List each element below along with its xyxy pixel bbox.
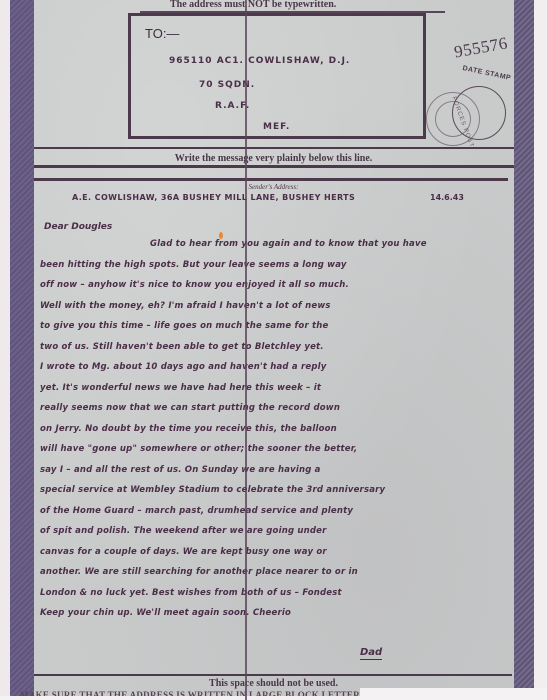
divider-rule	[34, 178, 508, 181]
letter-line: special service at Wembley Stadium to ce…	[40, 480, 510, 501]
recipient-line-force: MEF.	[263, 122, 290, 132]
signature: Dad	[360, 647, 382, 660]
letter-body: Glad to hear from you again and to know …	[40, 234, 510, 624]
letter-line: Well with the money, eh? I'm afraid I ha…	[40, 296, 510, 317]
letter-line: to give you this time – life goes on muc…	[40, 316, 510, 337]
divider-rule	[34, 165, 514, 168]
date-stamp-label: DATE STAMP	[462, 65, 512, 82]
recipient-address-box: TO:— 965110 AC1. COWLISHAW, D.J. 70 SQDN…	[128, 13, 426, 139]
hatched-border-right	[514, 0, 534, 700]
fold-line	[245, 0, 247, 700]
letter-line: on Jerry. No doubt by the time you recei…	[40, 419, 510, 440]
letter-line: of the Home Guard – march past, drumhead…	[40, 501, 510, 522]
salutation: Dear Dougles	[44, 222, 112, 232]
sender-address: A.E. COWLISHAW, 36A BUSHEY MILL LANE, BU…	[72, 193, 355, 202]
divider-rule	[34, 674, 512, 676]
letter-line: off now – anyhow it's nice to know you e…	[40, 275, 510, 296]
letter-line: will have "gone up" somewhere or other; …	[40, 439, 510, 460]
letter-line: been hitting the high spots. But your le…	[40, 255, 510, 276]
letter-line: Glad to hear from you again and to know …	[40, 234, 510, 255]
scan-margin-bottom	[0, 696, 547, 700]
letter-line: two of us. Still haven't been able to ge…	[40, 337, 510, 358]
to-label: TO:—	[145, 26, 179, 41]
divider-rule	[34, 147, 514, 149]
typewriter-warning: The address must NOT be typewritten.	[170, 0, 336, 10]
sender-address-label: Sender's Address:	[0, 183, 547, 191]
letter-line: another. We are still searching for anot…	[40, 562, 510, 583]
letter-line: of spit and polish. The weekend after we…	[40, 521, 510, 542]
scan-margin-left	[0, 0, 10, 700]
airgraph-letter-form: The address must NOT be typewritten. TO:…	[0, 0, 547, 700]
letter-line: London & no luck yet. Best wishes from b…	[40, 583, 510, 604]
letter-line: yet. It's wonderful news we have had her…	[40, 378, 510, 399]
letter-line: canvas for a couple of days. We are kept…	[40, 542, 510, 563]
serial-number: 955576	[453, 33, 510, 62]
letter-line: Keep your chin up. We'll meet again soon…	[40, 603, 510, 624]
letter-line: say I – and all the rest of us. On Sunda…	[40, 460, 510, 481]
scan-margin-right	[534, 0, 547, 700]
letter-date: 14.6.43	[430, 193, 464, 202]
letter-line: really seems now that we can start putti…	[40, 398, 510, 419]
write-plainly-instruction: Write the message very plainly below thi…	[0, 154, 547, 164]
hatched-border-left	[10, 0, 34, 700]
recipient-line-service-number: 965110 AC1. COWLISHAW, D.J.	[169, 56, 350, 66]
letter-line: I wrote to Mg. about 10 days ago and hav…	[40, 357, 510, 378]
